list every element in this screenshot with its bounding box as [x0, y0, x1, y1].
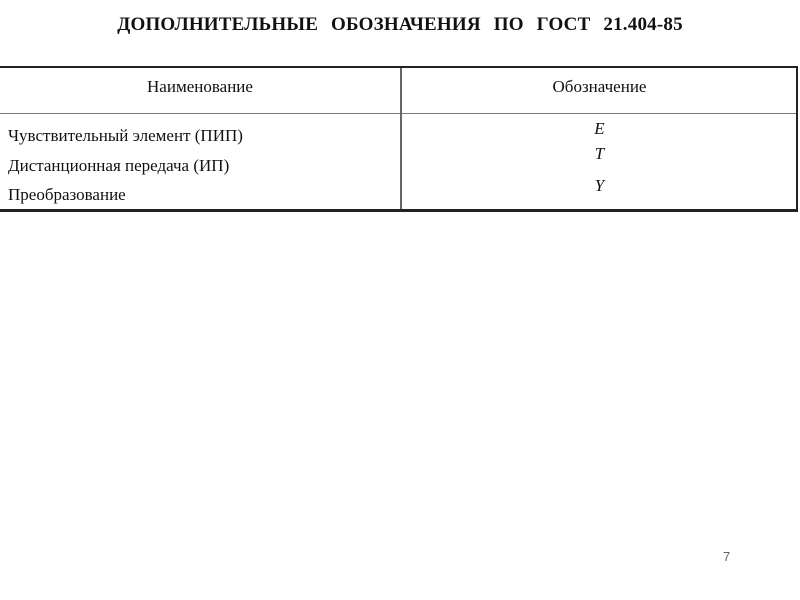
header-name: Наименование: [0, 68, 400, 113]
page-number: 7: [723, 549, 730, 564]
codes-column: E T Y: [401, 116, 798, 198]
table-row-name: Преобразование: [8, 180, 243, 210]
slide-title: ДОПОЛНИТЕЛЬНЫЕ ОБОЗНАЧЕНИЯ ПО ГОСТ 21.40…: [0, 14, 800, 36]
designations-table: Наименование Обозначение Чувствительный …: [0, 66, 798, 212]
table-row-name: Дистанционная передача (ИП): [8, 151, 243, 181]
table-row-code: T: [401, 141, 798, 166]
table-row-code: Y: [401, 173, 798, 198]
table-row-name: Чувствительный элемент (ПИП): [8, 121, 243, 151]
names-column: Чувствительный элемент (ПИП) Дистанционн…: [8, 121, 243, 210]
header-designation: Обозначение: [401, 68, 798, 113]
table-row-code: E: [401, 116, 798, 141]
table-header: Наименование Обозначение: [0, 68, 796, 114]
